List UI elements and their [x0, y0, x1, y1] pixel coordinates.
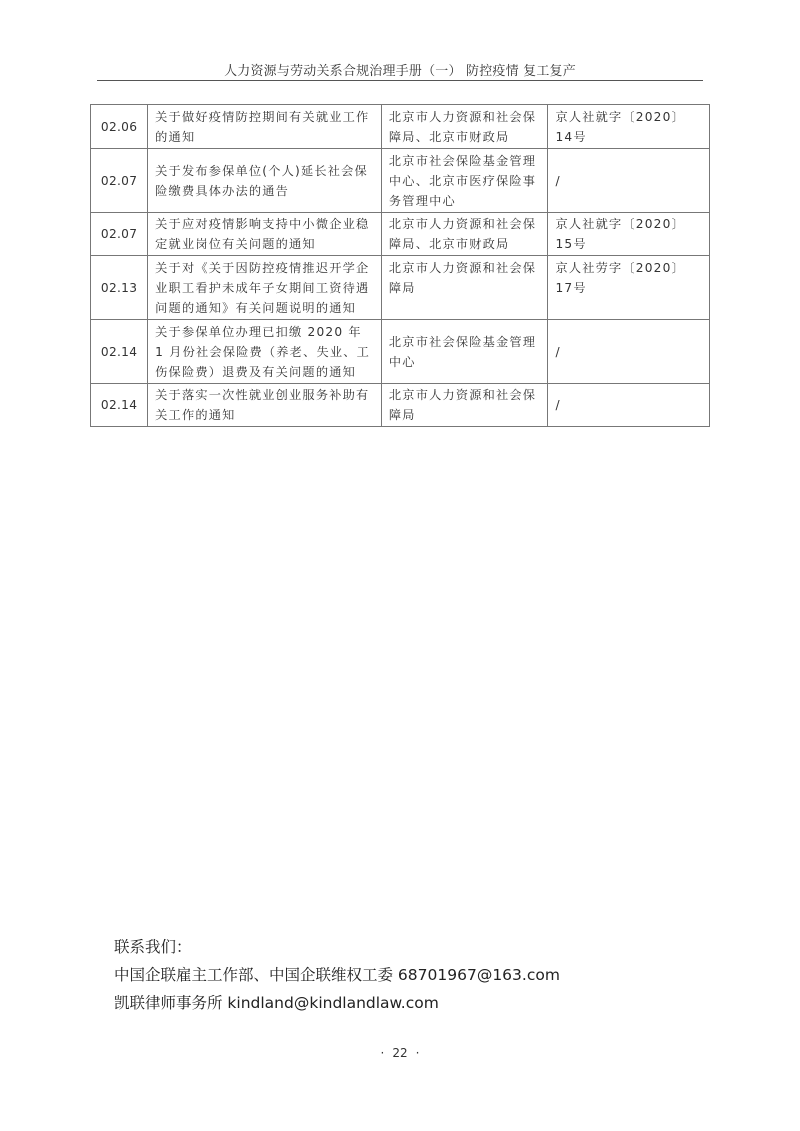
footer-dot-left: · — [381, 1046, 385, 1060]
running-header: 人力资源与劳动关系合规治理手册（一） 防控疫情 复工复产 — [97, 60, 703, 79]
page-footer: ·22· — [0, 1046, 800, 1060]
table-row: 02.13 关于对《关于因防控疫情推迟开学企业职工看护未成年子女期间工资待遇问题… — [91, 256, 710, 320]
table-row: 02.14 关于参保单位办理已扣缴 2020 年 1 月份社会保险费（养老、失业… — [91, 320, 710, 384]
doc-number-cell: 京人社劳字〔2020〕17号 — [548, 256, 710, 320]
table-row: 02.06 关于做好疫情防控期间有关就业工作的通知 北京市人力资源和社会保障局、… — [91, 105, 710, 149]
page-number: 22 — [392, 1046, 407, 1060]
title-cell: 关于落实一次性就业创业服务补助有关工作的通知 — [148, 384, 382, 427]
title-cell: 关于应对疫情影响支持中小微企业稳定就业岗位有关问题的通知 — [148, 213, 382, 256]
date-cell: 02.13 — [91, 256, 148, 320]
header-divider — [97, 80, 703, 81]
issuer-cell: 北京市人力资源和社会保障局 — [381, 256, 548, 320]
contact-line-cec: 中国企联雇主工作部、中国企联维权工委 68701967@163.com — [114, 961, 560, 989]
table-row: 02.07 关于发布参保单位(个人)延长社会保险缴费具体办法的通告 北京市社会保… — [91, 149, 710, 213]
issuer-cell: 北京市人力资源和社会保障局 — [381, 384, 548, 427]
date-cell: 02.14 — [91, 320, 148, 384]
date-cell: 02.07 — [91, 213, 148, 256]
issuer-cell: 北京市社会保险基金管理中心、北京市医疗保险事务管理中心 — [381, 149, 548, 213]
contact-heading: 联系我们： — [114, 933, 560, 961]
title-cell: 关于发布参保单位(个人)延长社会保险缴费具体办法的通告 — [148, 149, 382, 213]
date-cell: 02.07 — [91, 149, 148, 213]
doc-number-cell: / — [548, 384, 710, 427]
footer-dot-right: · — [416, 1046, 420, 1060]
table-row: 02.07 关于应对疫情影响支持中小微企业稳定就业岗位有关问题的通知 北京市人力… — [91, 213, 710, 256]
title-cell: 关于参保单位办理已扣缴 2020 年 1 月份社会保险费（养老、失业、工伤保险费… — [148, 320, 382, 384]
doc-number-cell: / — [548, 149, 710, 213]
contact-line-kindland: 凯联律师事务所 kindland@kindlandlaw.com — [114, 989, 560, 1017]
title-cell: 关于做好疫情防控期间有关就业工作的通知 — [148, 105, 382, 149]
title-cell: 关于对《关于因防控疫情推迟开学企业职工看护未成年子女期间工资待遇问题的通知》有关… — [148, 256, 382, 320]
doc-number-cell: / — [548, 320, 710, 384]
date-cell: 02.14 — [91, 384, 148, 427]
issuer-cell: 北京市人力资源和社会保障局、北京市财政局 — [381, 213, 548, 256]
issuer-cell: 北京市人力资源和社会保障局、北京市财政局 — [381, 105, 548, 149]
regulations-table: 02.06 关于做好疫情防控期间有关就业工作的通知 北京市人力资源和社会保障局、… — [90, 104, 710, 427]
doc-number-cell: 京人社就字〔2020〕14号 — [548, 105, 710, 149]
date-cell: 02.06 — [91, 105, 148, 149]
issuer-cell: 北京市社会保险基金管理中心 — [381, 320, 548, 384]
contact-section: 联系我们： 中国企联雇主工作部、中国企联维权工委 68701967@163.co… — [114, 933, 560, 1017]
table-row: 02.14 关于落实一次性就业创业服务补助有关工作的通知 北京市人力资源和社会保… — [91, 384, 710, 427]
doc-number-cell: 京人社就字〔2020〕15号 — [548, 213, 710, 256]
